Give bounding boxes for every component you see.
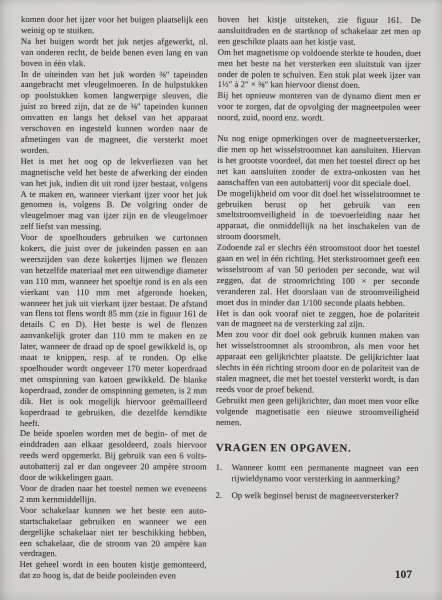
paragraph: Voor schakelaar kunnen we het beste een … xyxy=(20,505,207,560)
paragraph: In de uiteinden van het juk worden ⅜″ ta… xyxy=(21,69,208,157)
paragraph: De beide spoelen worden met de begin- of… xyxy=(20,428,207,483)
paragraph: Voor de draden naar het toestel nemen we… xyxy=(20,483,207,505)
paragraph: Om het magnetisme op voldoende sterkte t… xyxy=(218,47,421,92)
right-column: boven het kistje uitsteken, zie figuur 1… xyxy=(215,14,421,508)
question-text: Op welk beginsel berust de magneetverste… xyxy=(231,490,418,502)
left-column: komen door het ijzer voor het buigen pla… xyxy=(20,14,208,582)
paragraph: Bij het opnieuw monteren van de dynamo d… xyxy=(217,90,420,124)
question-number: 1. xyxy=(216,462,232,484)
paragraph: Zodoende zal er slechts één stroomstoot … xyxy=(216,242,419,308)
paragraph: Het geheel wordt in een houten kistje ge… xyxy=(20,559,207,581)
section-heading: VRAGEN EN OPGAVEN. xyxy=(216,443,419,455)
paragraph: boven het kistje uitsteken, zie figuur 1… xyxy=(218,14,421,48)
paragraph: Het is met het oog op de lekverliezen va… xyxy=(20,156,207,233)
question-text: Wanneer komt een permanente magneet van … xyxy=(232,463,419,486)
book-page: komen door het ijzer voor het buigen pla… xyxy=(0,0,442,600)
question-number: 2. xyxy=(215,490,231,501)
paragraph: Na het buigen wordt het juk netjes afgew… xyxy=(21,36,208,69)
paragraph: Nu nog enige opmerkingen over de magneet… xyxy=(217,133,420,189)
paragraph: Het is dan ook vooraf niet te zeggen, ho… xyxy=(216,308,419,331)
paragraph: Voor de spoelhouders gebruiken we carton… xyxy=(20,232,208,429)
question-item: 1. Wanneer komt een permanente magneet v… xyxy=(216,462,419,485)
paragraph: Men zou voor dit doel ook gebruik kunnen… xyxy=(216,329,419,395)
paragraph: komen door het ijzer voor het buigen pla… xyxy=(21,14,208,36)
paragraph: Gebruikt men geen gelijkrichter, dan moe… xyxy=(216,395,419,429)
paragraph: De mogelijkheid om voor dit doel het wis… xyxy=(217,188,420,244)
page-number: 107 xyxy=(395,569,412,581)
question-item: 2. Op welk beginsel berust de magneetver… xyxy=(215,490,418,502)
